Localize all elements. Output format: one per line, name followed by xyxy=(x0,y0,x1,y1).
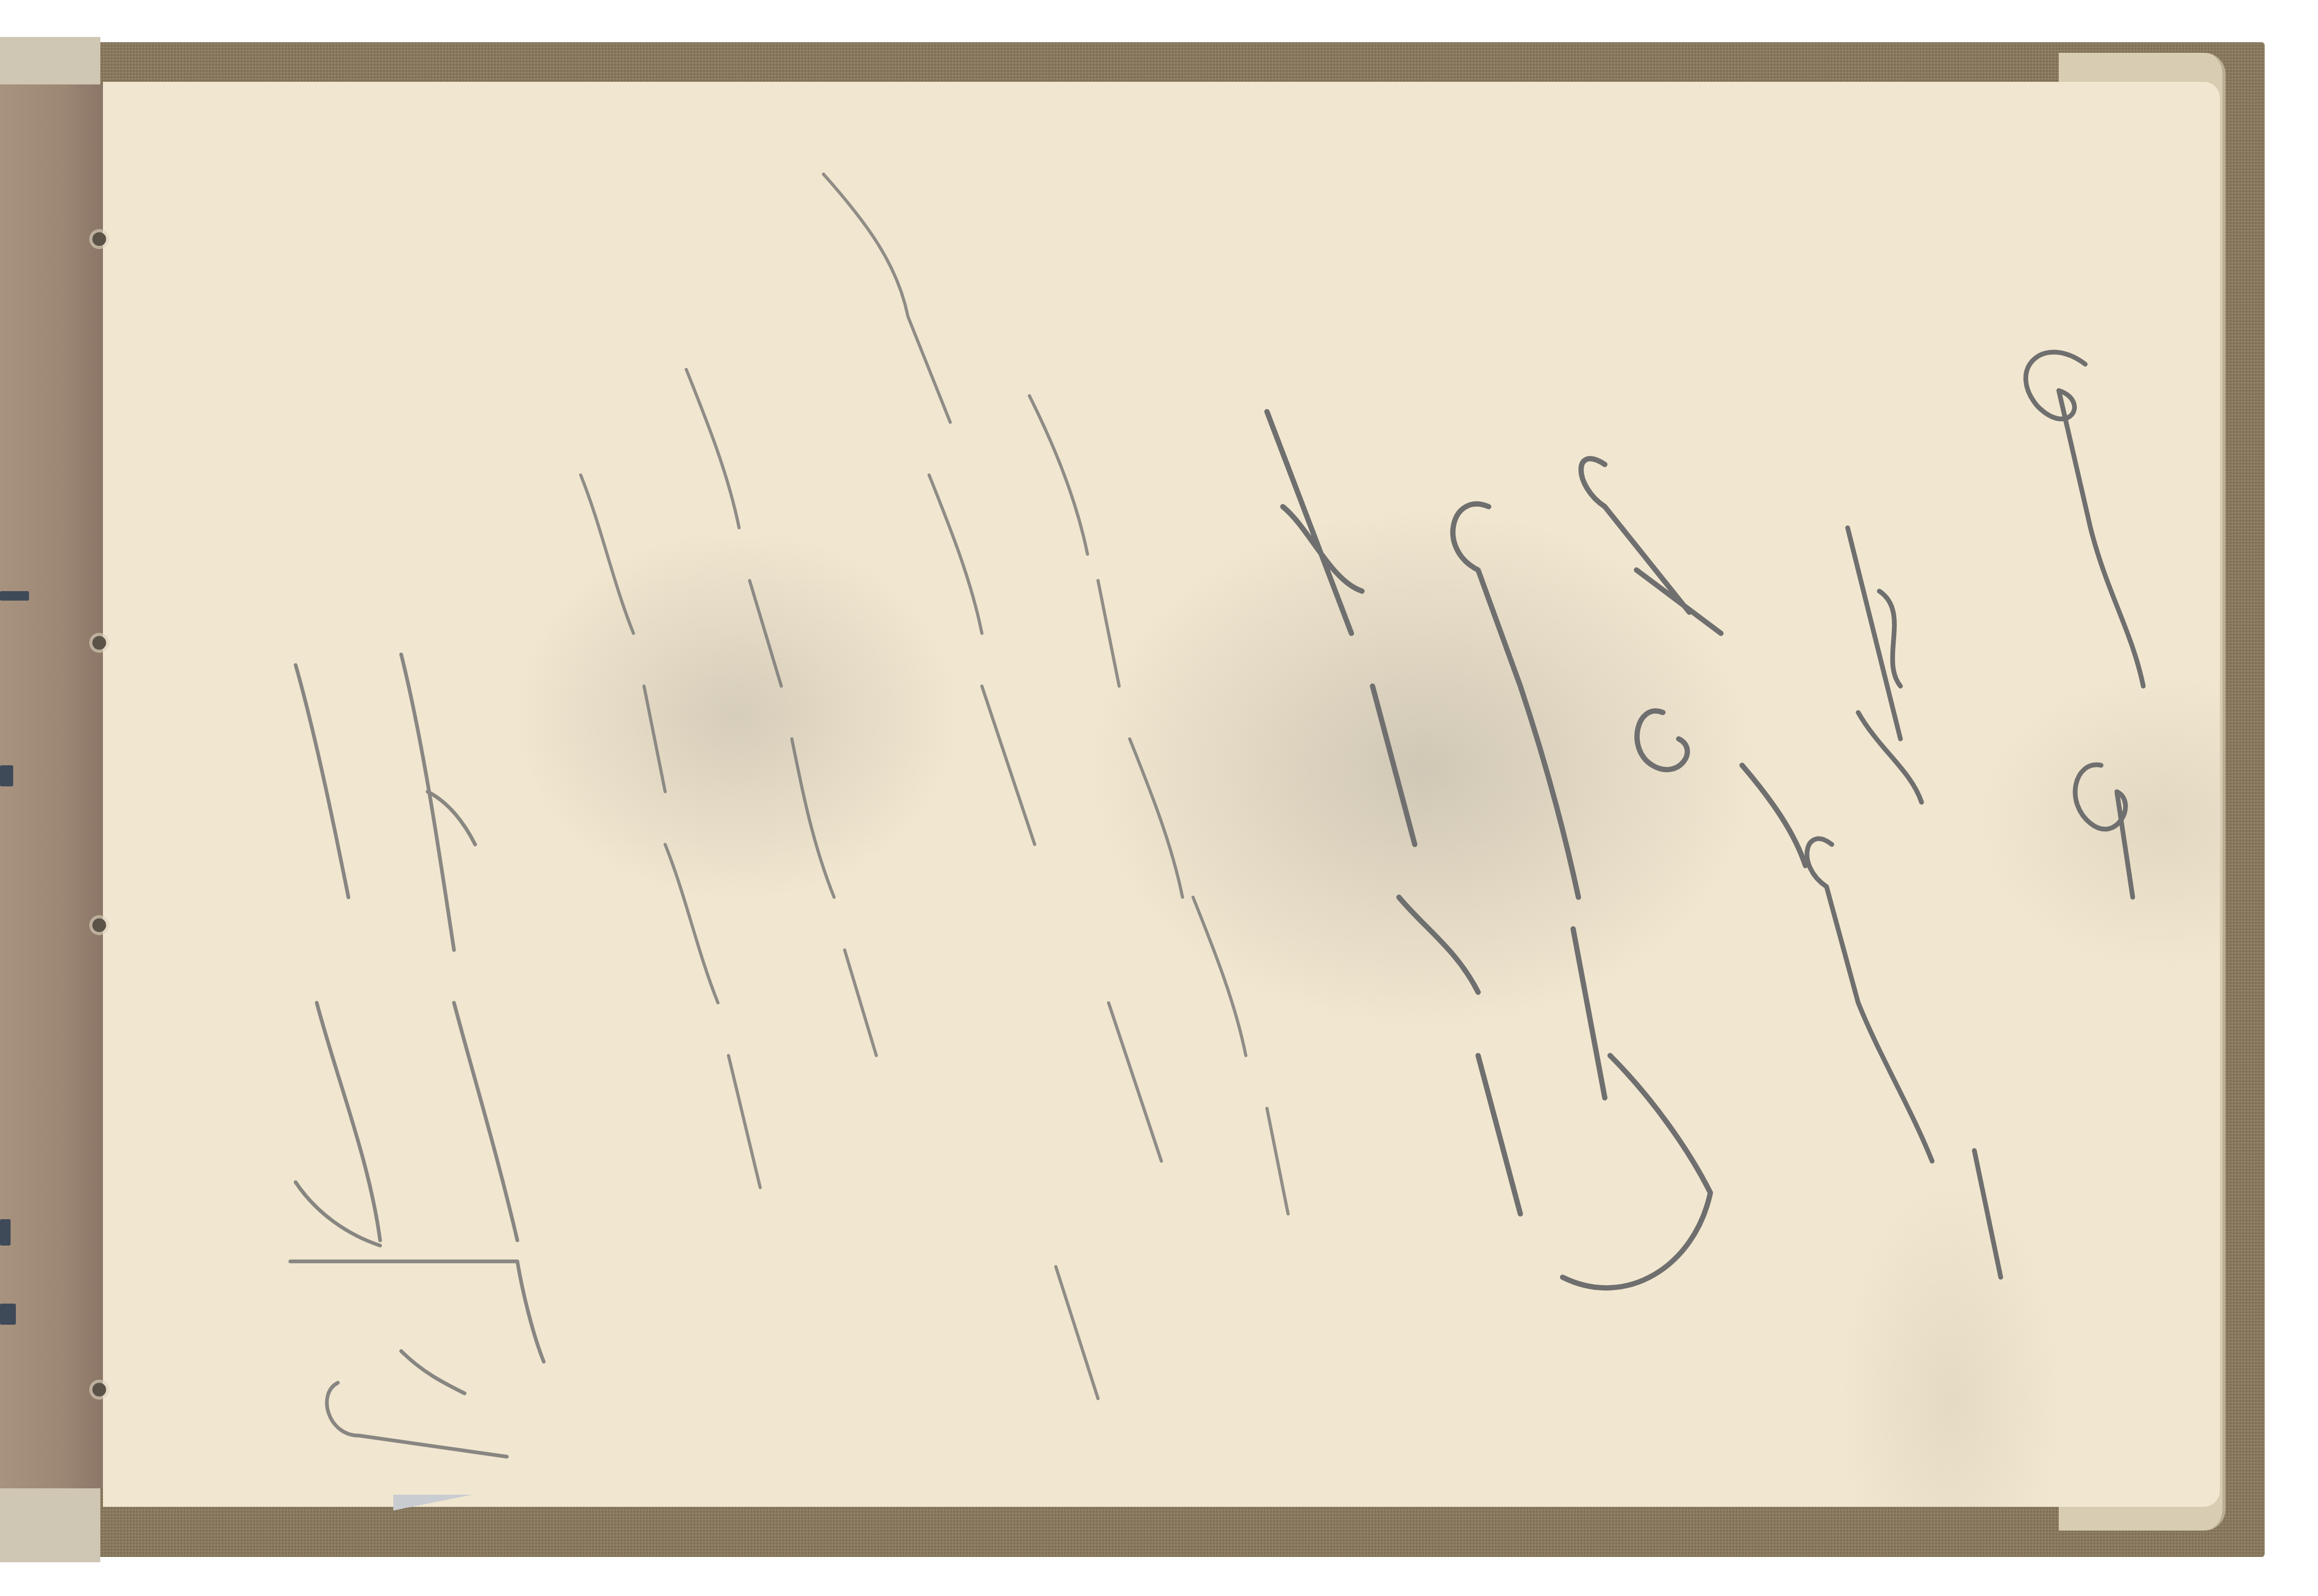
center-large-lines xyxy=(1267,412,1805,1288)
pencil-handwriting xyxy=(0,0,2318,1596)
left-signature-lines xyxy=(290,654,544,1457)
right-column-heading xyxy=(1807,352,2143,1277)
center-faint-lines xyxy=(581,174,1288,1399)
